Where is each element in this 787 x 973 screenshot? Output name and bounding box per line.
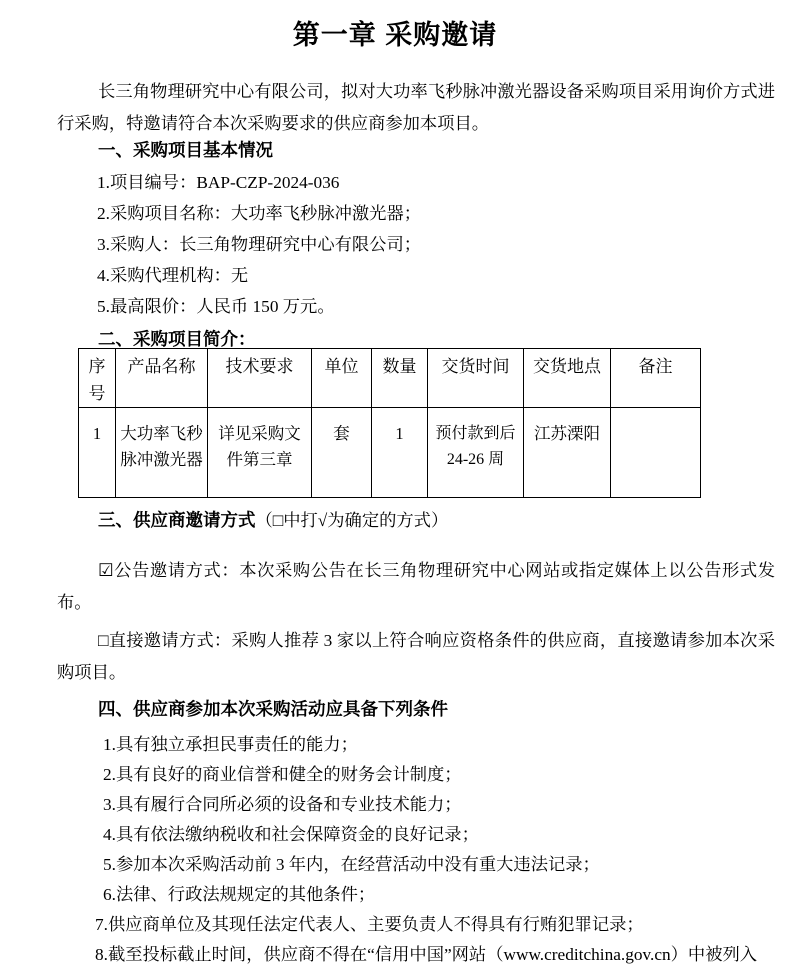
table-header-row: 序号 产品名称 技术要求 单位 数量 交货时间 交货地点 备注	[79, 349, 701, 408]
cell-tech-requirements: 详见采购文件第三章	[208, 408, 312, 498]
cell-unit: 套	[312, 408, 372, 498]
checked-checkbox-icon: ☑	[98, 561, 114, 580]
col-header-delivery-time: 交货时间	[428, 349, 524, 408]
cell-product-name: 大功率飞秒脉冲激光器	[116, 408, 208, 498]
project-summary-table: 序号 产品名称 技术要求 单位 数量 交货时间 交货地点 备注 1 大功率飞秒脉…	[78, 348, 701, 498]
cell-quantity: 1	[372, 408, 428, 498]
col-header-unit: 单位	[312, 349, 372, 408]
condition-item-2: 2.具有良好的商业信誉和健全的财务会计制度；	[103, 760, 775, 790]
unchecked-checkbox-icon: □	[98, 631, 109, 650]
table-row: 1 大功率飞秒脉冲激光器 详见采购文件第三章 套 1 预付款到后 24-26 周…	[79, 408, 701, 498]
section-3-heading-note: （□中打√为确定的方式）	[256, 511, 449, 530]
condition-item-7: 7.供应商单位及其现任法定代表人、主要负责人不得具有行贿犯罪记录；	[95, 910, 775, 940]
cell-remarks	[611, 408, 701, 498]
basic-info-list: 1.项目编号：BAP-CZP-2024-036 2.采购项目名称：大功率飞秒脉冲…	[57, 167, 775, 322]
section-3-heading-bold: 三、供应商邀请方式	[98, 510, 256, 530]
condition-item-1: 1.具有独立承担民事责任的能力；	[103, 730, 775, 760]
col-header-product-name: 产品名称	[116, 349, 208, 408]
cell-seq-no: 1	[79, 408, 116, 498]
section-3-heading: 三、供应商邀请方式（□中打√为确定的方式）	[98, 508, 775, 533]
section-4-heading: 四、供应商参加本次采购活动应具备下列条件	[98, 697, 775, 721]
cell-delivery-time: 预付款到后 24-26 周	[428, 408, 524, 498]
col-header-remarks: 备注	[611, 349, 701, 408]
direct-invitation-text: 直接邀请方式：采购人推荐 3 家以上符合响应资格条件的供应商，直接邀请参加本次采…	[57, 631, 775, 682]
price-cap-item: 5.最高限价：人民币 150 万元。	[97, 291, 775, 322]
col-header-delivery-place: 交货地点	[524, 349, 611, 408]
cell-delivery-place: 江苏溧阳	[524, 408, 611, 498]
direct-invitation-paragraph: □直接邀请方式：采购人推荐 3 家以上符合响应资格条件的供应商，直接邀请参加本次…	[57, 625, 775, 689]
condition-item-3: 3.具有履行合同所必须的设备和专业技术能力；	[103, 790, 775, 820]
purchaser-item: 3.采购人：长三角物理研究中心有限公司；	[97, 229, 775, 260]
condition-item-6: 6.法律、行政法规规定的其他条件；	[103, 880, 775, 910]
intro-paragraph: 长三角物理研究中心有限公司，拟对大功率飞秒脉冲激光器设备采购项目采用询价方式进行…	[57, 76, 775, 140]
project-number-item: 1.项目编号：BAP-CZP-2024-036	[97, 167, 775, 198]
col-header-seq-no: 序号	[79, 349, 116, 408]
project-name-item: 2.采购项目名称：大功率飞秒脉冲激光器；	[97, 198, 775, 229]
page-title: 第一章 采购邀请	[57, 16, 733, 54]
section-1-heading: 一、采购项目基本情况	[98, 140, 775, 160]
col-header-tech-requirements: 技术要求	[208, 349, 312, 408]
announcement-invitation-paragraph: ☑公告邀请方式：本次采购公告在长三角物理研究中心网站或指定媒体上以公告形式发布。	[57, 555, 775, 619]
document-page: 第一章 采购邀请 长三角物理研究中心有限公司，拟对大功率飞秒脉冲激光器设备采购项…	[0, 0, 787, 970]
condition-item-8: 8.截至投标截止时间，供应商不得在“信用中国”网站（www.creditchin…	[95, 940, 775, 970]
condition-item-5: 5.参加本次采购活动前 3 年内，在经营活动中没有重大违法记录；	[103, 850, 775, 880]
condition-item-4: 4.具有依法缴纳税收和社会保障资金的良好记录；	[103, 820, 775, 850]
announcement-invitation-text: 公告邀请方式：本次采购公告在长三角物理研究中心网站或指定媒体上以公告形式发布。	[57, 561, 775, 612]
agency-item: 4.采购代理机构：无	[97, 260, 775, 291]
section-2-heading: 二、采购项目简介：	[98, 330, 775, 348]
conditions-list: 1.具有独立承担民事责任的能力； 2.具有良好的商业信誉和健全的财务会计制度； …	[57, 730, 775, 970]
col-header-quantity: 数量	[372, 349, 428, 408]
